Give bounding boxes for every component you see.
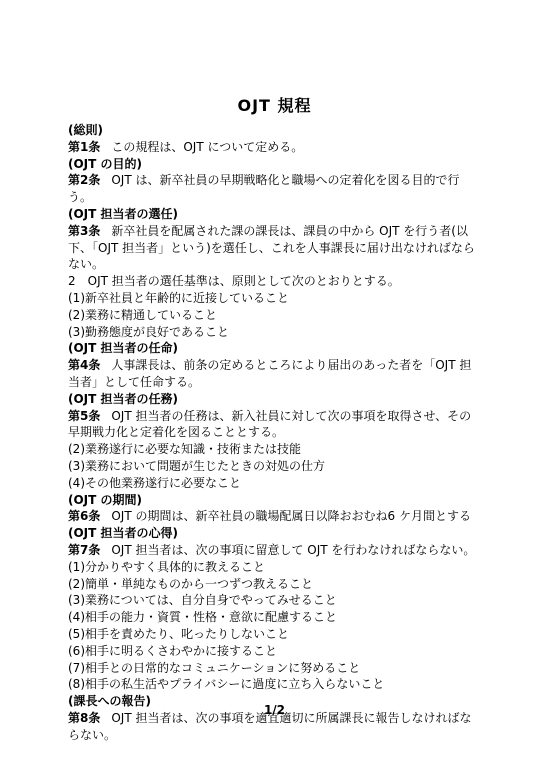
section-heading: (OJT の期間) bbox=[68, 492, 482, 509]
article-text: この規程は、OJT について定める。 bbox=[111, 140, 303, 154]
list-item: (6)相手に明るくさわやかに接すること bbox=[68, 643, 482, 660]
list-item: (2)業務遂行に必要な知識・技術または技能 bbox=[68, 441, 482, 458]
list-item: (3)業務については、自分自身でやってみせること bbox=[68, 592, 482, 609]
article-text: 新卒社員を配属された課の課長は、課員の中から OJT を行う者(以下、「OJT … bbox=[68, 224, 475, 272]
article-paragraph: 第4条人事課長は、前条の定めるところにより届出のあった者を「OJT 担当者」とし… bbox=[68, 357, 482, 391]
list-item: (3)業務において問題が生じたときの対処の仕方 bbox=[68, 458, 482, 475]
section-heading: (OJT 担当者の心得) bbox=[68, 525, 482, 542]
section-heading: (OJT の目的) bbox=[68, 156, 482, 173]
list-item: (5)相手を責めたり、叱ったりしないこと bbox=[68, 626, 482, 643]
list-item: (1)分かりやすく具体的に教えること bbox=[68, 559, 482, 576]
article-paragraph: 第5条OJT 担当者の任務は、新入社員に対して次の事項を取得させ、その早期戦力化… bbox=[68, 408, 482, 442]
list-item: (2)業務に精通していること bbox=[68, 307, 482, 324]
article-number: 第3条 bbox=[68, 224, 100, 238]
article-number: 第7条 bbox=[68, 543, 100, 557]
list-item: (1)新卒社員と年齢的に近接していること bbox=[68, 290, 482, 307]
article-paragraph: 第2条OJT は、新卒社員の早期戦略化と職場への定着化を図る目的で行う。 bbox=[68, 172, 482, 206]
article-number: 第4条 bbox=[68, 358, 100, 372]
list-item: (4)相手の能力・資質・性格・意欲に配慮すること bbox=[68, 609, 482, 626]
list-item: (8)相手の私生活やプライバシーに過度に立ち入らないこと bbox=[68, 676, 482, 693]
page-title: OJT 規程 bbox=[0, 93, 549, 116]
list-item: (2)簡単・単純なものから一つずつ教えること bbox=[68, 576, 482, 593]
article-paragraph: 第1条この規程は、OJT について定める。 bbox=[68, 139, 482, 156]
list-item: (7)相手との日常的なコミュニケーションに努めること bbox=[68, 660, 482, 677]
document-body: (総則)第1条この規程は、OJT について定める。(OJT の目的)第2条OJT… bbox=[68, 122, 482, 743]
article-text: OJT 担当者は、次の事項に留意して OJT を行わなければならない。 bbox=[111, 543, 475, 557]
article-text: OJT は、新卒社員の早期戦略化と職場への定着化を図る目的で行う。 bbox=[68, 173, 460, 204]
section-heading: (総則) bbox=[68, 122, 482, 139]
article-number: 第2条 bbox=[68, 173, 100, 187]
article-paragraph: 第7条OJT 担当者は、次の事項に留意して OJT を行わなければならない。 bbox=[68, 542, 482, 559]
article-text: OJT の期間は、新卒社員の職場配属日以降おおむね6 ケ月間とする bbox=[111, 509, 471, 523]
article-number: 第6条 bbox=[68, 509, 100, 523]
section-heading: (OJT 担当者の任務) bbox=[68, 391, 482, 408]
article-paragraph: 第3条新卒社員を配属された課の課長は、課員の中から OJT を行う者(以下、「O… bbox=[68, 223, 482, 273]
article-number: 第5条 bbox=[68, 409, 100, 423]
section-heading: (OJT 担当者の任命) bbox=[68, 340, 482, 357]
list-item: (4)その他業務遂行に必要なこと bbox=[68, 475, 482, 492]
article-paragraph: 第6条OJT の期間は、新卒社員の職場配属日以降おおむね6 ケ月間とする bbox=[68, 508, 482, 525]
section-heading: (OJT 担当者の選任) bbox=[68, 206, 482, 223]
paragraph: 2 OJT 担当者の選任基準は、原則として次のとおりとする。 bbox=[68, 273, 482, 290]
list-item: (3)勤務態度が良好であること bbox=[68, 324, 482, 341]
article-text: 人事課長は、前条の定めるところにより届出のあった者を「OJT 担当者」として任命… bbox=[68, 358, 471, 389]
article-text: OJT 担当者の任務は、新入社員に対して次の事項を取得させ、その早期戦力化と定着… bbox=[68, 409, 471, 440]
article-number: 第1条 bbox=[68, 140, 100, 154]
page-number: 1/2 bbox=[0, 703, 549, 717]
document-page: OJT 規程 (総則)第1条この規程は、OJT について定める。(OJT の目的… bbox=[0, 0, 549, 780]
